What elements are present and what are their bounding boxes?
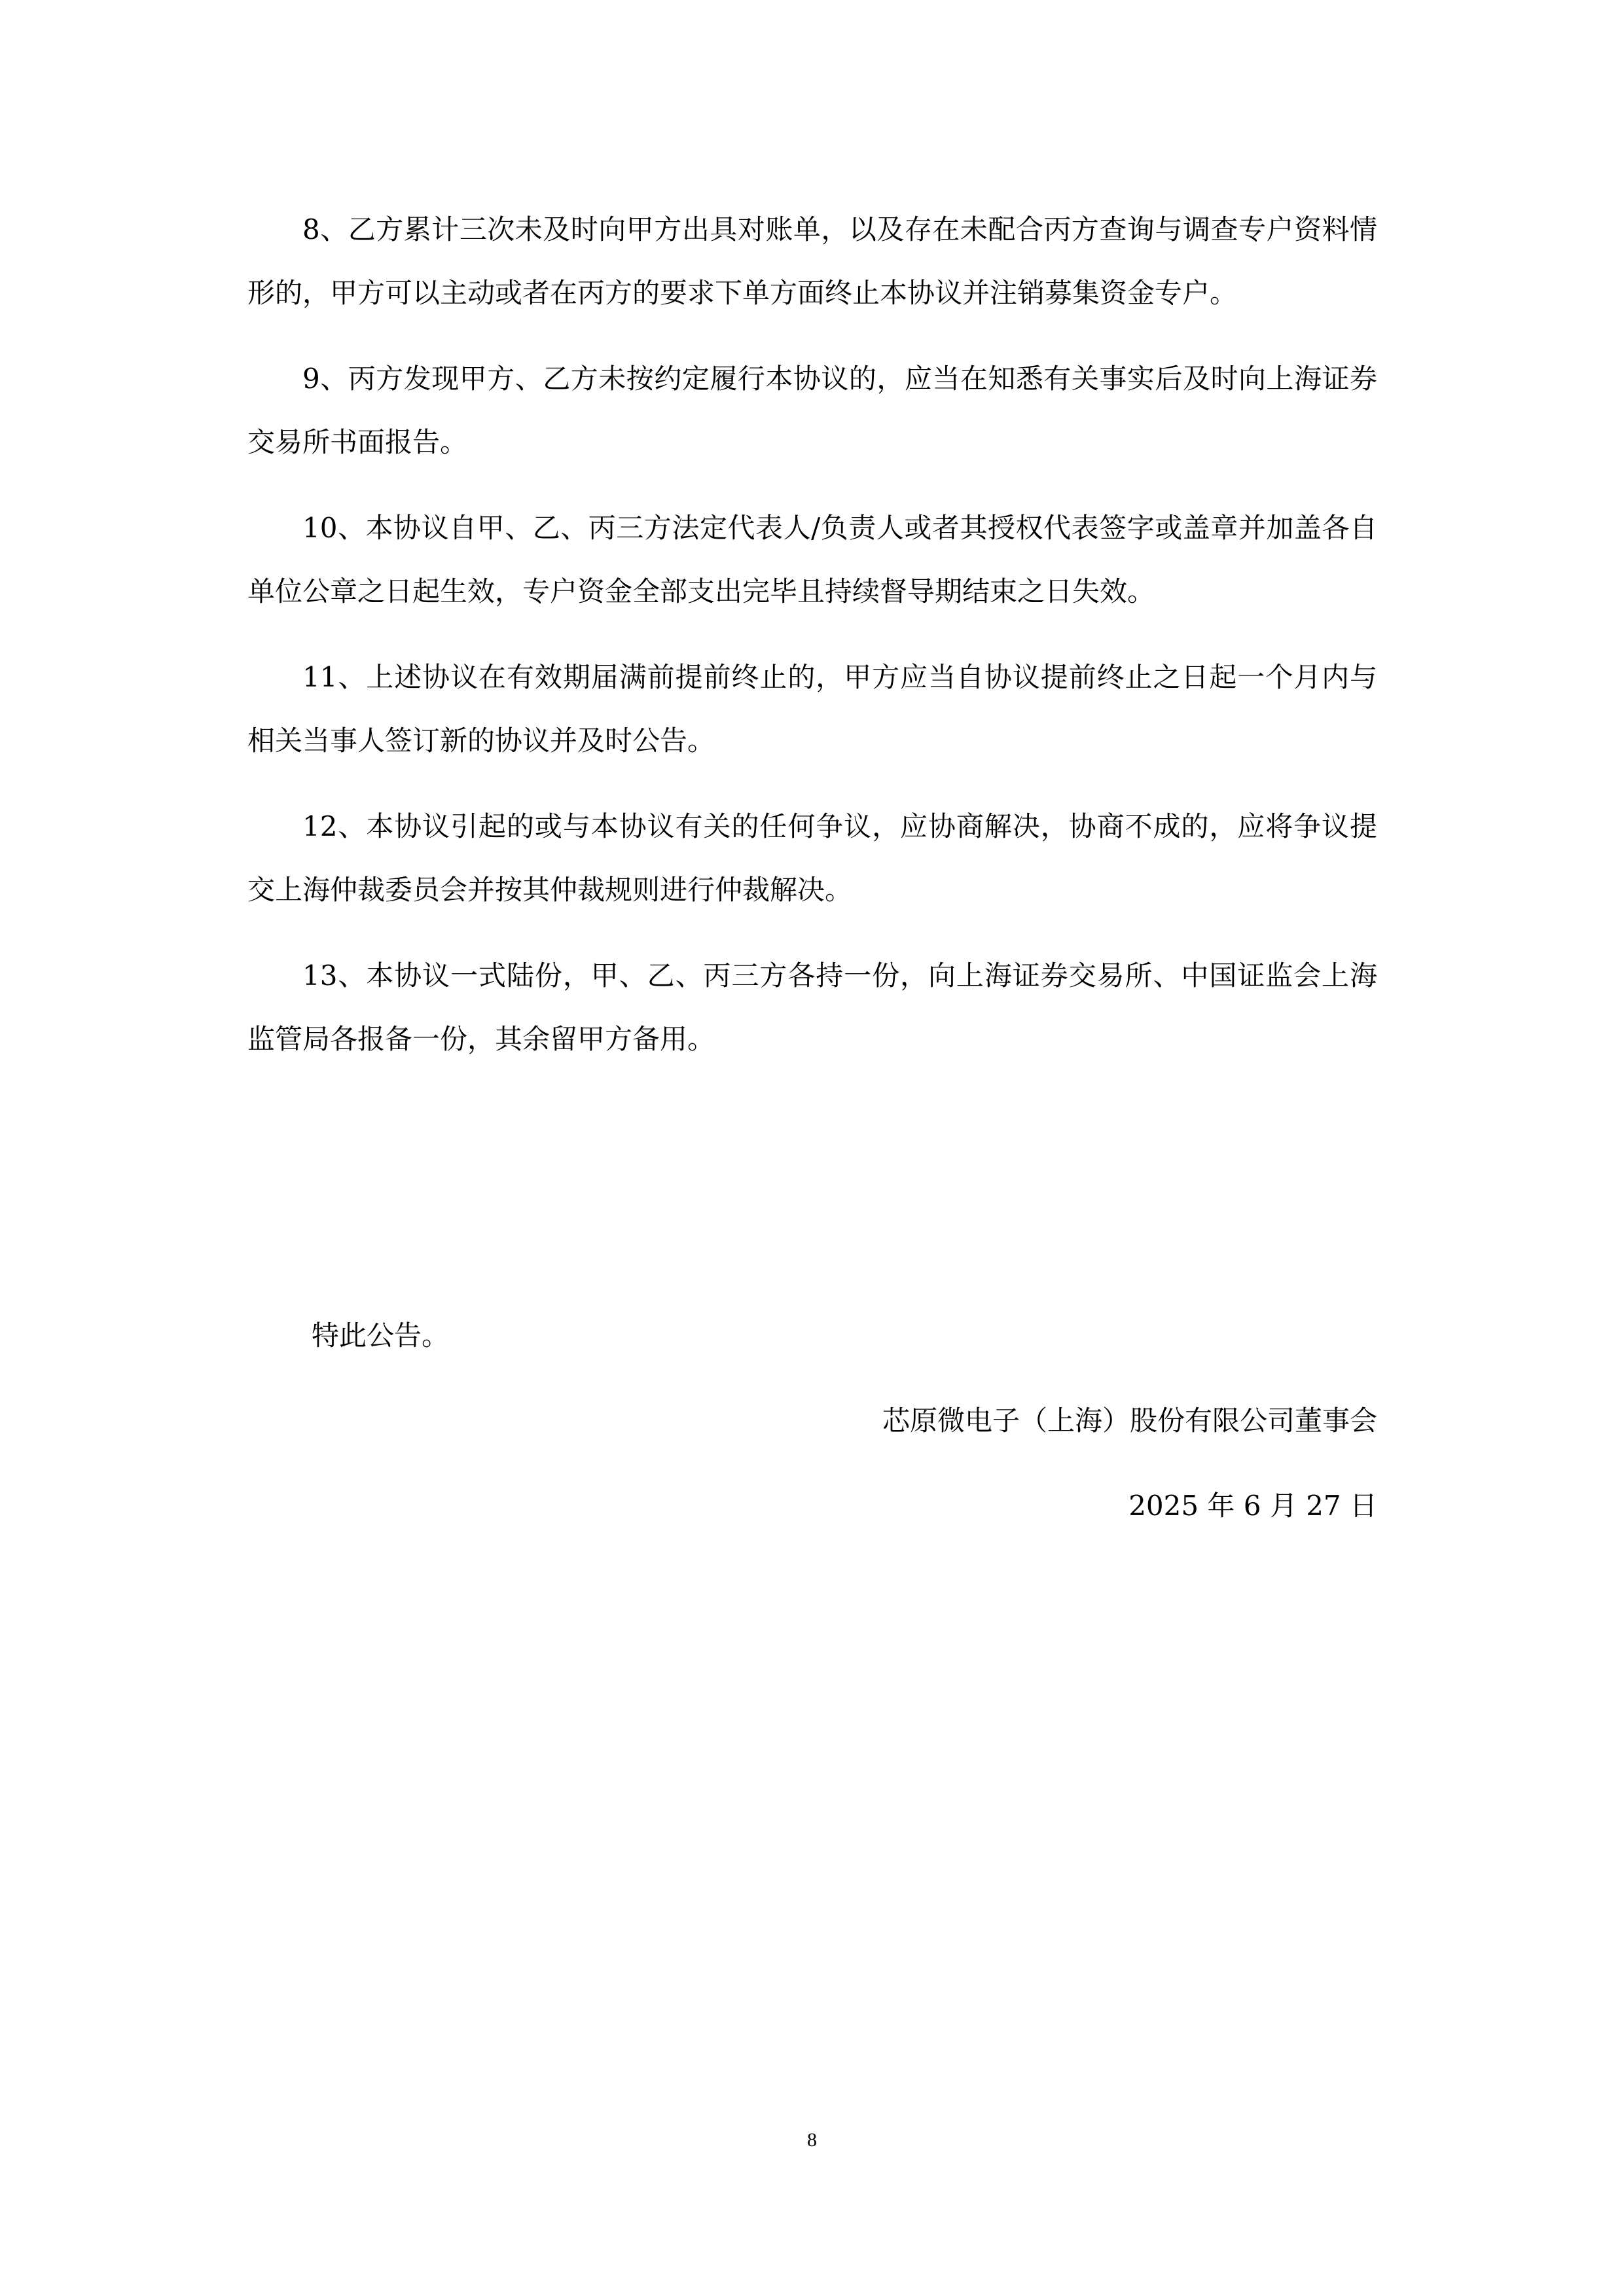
signature-date: 2025 年 6 月 27 日 — [247, 1474, 1377, 1537]
agreement-clauses: 8、乙方累计三次未及时向甲方出具对账单，以及存在未配合丙方查询与调查专户资料情形… — [247, 198, 1377, 1093]
signatory-company: 芯原微电子（上海）股份有限公司董事会 — [247, 1389, 1377, 1452]
closing-notice: 特此公告。 — [247, 1304, 1377, 1367]
page-number: 8 — [0, 2121, 1624, 2160]
document-page: 8、乙方累计三次未及时向甲方出具对账单，以及存在未配合丙方查询与调查专户资料情形… — [0, 0, 1624, 2296]
clause-8: 8、乙方累计三次未及时向甲方出具对账单，以及存在未配合丙方查询与调查专户资料情形… — [247, 198, 1377, 325]
clause-12: 12、本协议引起的或与本协议有关的任何争议，应协商解决，协商不成的，应将争议提交… — [247, 795, 1377, 922]
clause-10: 10、本协议自甲、乙、丙三方法定代表人/负责人或者其授权代表签字或盖章并加盖各自… — [247, 496, 1377, 623]
clause-9: 9、丙方发现甲方、乙方未按约定履行本协议的，应当在知悉有关事实后及时向上海证券交… — [247, 347, 1377, 474]
clause-13: 13、本协议一式陆份，甲、乙、丙三方各持一份，向上海证券交易所、中国证监会上海监… — [247, 944, 1377, 1071]
clause-11: 11、上述协议在有效期届满前提前终止的，甲方应当自协议提前终止之日起一个月内与相… — [247, 645, 1377, 772]
